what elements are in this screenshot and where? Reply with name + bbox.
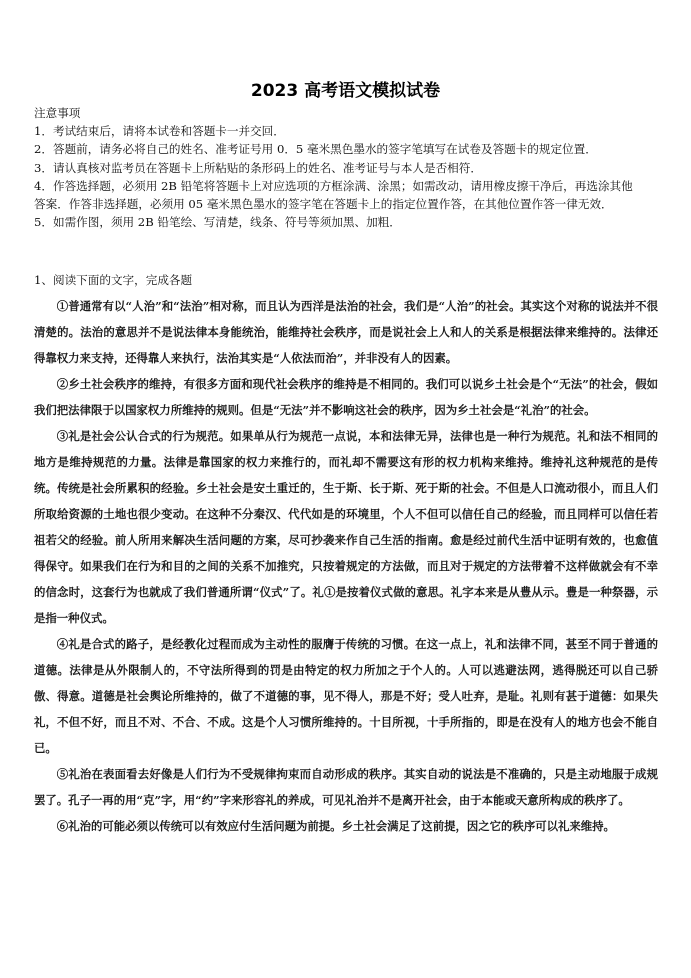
reading-passage: ①普通常有以“人治”和“法治”相对称，而且认为西洋是法治的社会，我们是“人治”的… xyxy=(34,293,658,839)
question-heading: 1、阅读下面的文字，完成各题 xyxy=(34,272,192,288)
passage-paragraph-5: ⑤礼治在表面看去好像是人们行为不受规律拘束而自动形成的秩序。其实自动的说法是不准… xyxy=(34,761,658,813)
notice-item: 5．如需作图，须用 2B 铅笔绘、写清楚，线条、符号等须加黑、加粗． xyxy=(34,213,660,231)
exam-page: 2023 高考语文模拟试卷 注意事项 1．考试结束后，请将本试卷和答题卡一并交回… xyxy=(0,0,691,978)
notice-item: 2．答题前，请务必将自己的姓名、准考证号用 0．5 毫米黑色墨水的签字笔填写在试… xyxy=(34,140,660,158)
passage-paragraph-4: ④礼是合式的路子，是经教化过程而成为主动性的服膺于传统的习惯。在这一点上，礼和法… xyxy=(34,631,658,761)
notice-section: 注意事项 1．考试结束后，请将本试卷和答题卡一并交回． 2．答题前，请务必将自己… xyxy=(34,104,660,231)
page-title: 2023 高考语文模拟试卷 xyxy=(0,76,691,101)
passage-paragraph-1: ①普通常有以“人治”和“法治”相对称，而且认为西洋是法治的社会，我们是“人治”的… xyxy=(34,293,658,371)
passage-paragraph-6: ⑥礼治的可能必须以传统可以有效应付生活问题为前提。乡土社会满足了这前提，因之它的… xyxy=(34,813,658,839)
notice-item: 1．考试结束后，请将本试卷和答题卡一并交回． xyxy=(34,122,660,140)
notice-item: 3．请认真核对监考员在答题卡上所粘贴的条形码上的姓名、准考证号与本人是否相符． xyxy=(34,159,660,177)
notice-item: 答案．作答非选择题，必须用 05 毫米黑色墨水的签字笔在答题卡上的指定位置作答，… xyxy=(34,195,660,213)
notice-heading: 注意事项 xyxy=(34,104,660,122)
notice-item: 4．作答选择题，必须用 2B 铅笔将答题卡上对应选项的方框涂满、涂黑；如需改动，… xyxy=(34,177,660,195)
passage-paragraph-3: ③礼是社会公认合式的行为规范。如果单从行为规范一点说，本和法律无异，法律也是一种… xyxy=(34,423,658,631)
passage-paragraph-2: ②乡土社会秩序的维持，有很多方面和现代社会秩序的维持是不相同的。我们可以说乡土社… xyxy=(34,371,658,423)
